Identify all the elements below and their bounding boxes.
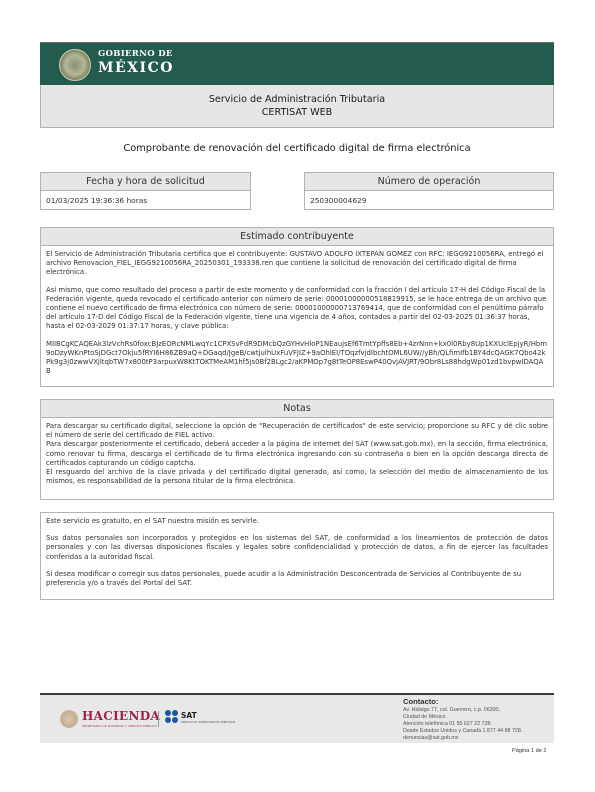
sat-logo-text: SAT <box>181 711 197 720</box>
operation-number-label: Número de operación <box>305 173 553 191</box>
privacy-free-service: Este servicio es gratuito, en el SAT nue… <box>46 517 548 526</box>
system-name: CERTISAT WEB <box>41 106 553 119</box>
gov-line1: GOBIERNO DE <box>98 49 174 60</box>
revocation-paragraph: Así mismo, que como resultado del proces… <box>46 286 548 332</box>
agency-band: Servicio de Administración Tributaria CE… <box>40 85 554 128</box>
certification-paragraph: El Servicio de Administración Tributaria… <box>46 250 548 278</box>
note-item: Para descargar posteriormente el certifi… <box>46 440 548 468</box>
logo-divider <box>158 711 159 727</box>
sat-subtitle: SERVICIO DE ADMINISTRACIÓN TRIBUTARIA <box>181 721 235 724</box>
hacienda-logo: HACIENDA <box>82 709 160 723</box>
taxpayer-body: El Servicio de Administración Tributaria… <box>41 246 553 380</box>
operation-number-value: 250300004629 <box>305 191 553 210</box>
privacy-correction: Si desea modificar o corregir sus datos … <box>46 570 548 588</box>
taxpayer-heading: Estimado contribuyente <box>41 228 553 246</box>
contact-address: Av. Hidalgo 77, col. Guerrero, c.p. 0630… <box>403 707 522 714</box>
privacy-data-protection: Sus datos personales son incorporados y … <box>46 534 548 562</box>
national-emblem-icon <box>59 49 91 81</box>
contact-email: denuncias@sat.gob.mx <box>403 735 522 742</box>
operation-number-box: Número de operación 250300004629 <box>304 172 554 210</box>
privacy-body: Este servicio es gratuito, en el SAT nue… <box>41 513 553 592</box>
document-title: Comprobante de renovación del certificad… <box>40 143 554 154</box>
notes-box: Notas Para descargar su certificado digi… <box>40 399 554 500</box>
agency-name: Servicio de Administración Tributaria <box>41 93 553 106</box>
public-key: MIIBCgKCAQEAk3lzVchRs0foxcBJzEORcNMLwqYc… <box>46 340 548 377</box>
gov-logo-text: GOBIERNO DE MÉXICO <box>98 49 174 76</box>
contact-title: Contacto: <box>403 697 522 706</box>
privacy-box: Este servicio es gratuito, en el SAT nue… <box>40 512 554 600</box>
note-item: El resguardo del archivo de la clave pri… <box>46 468 548 486</box>
contact-phone: Atención telefónica 01 55 627 22 728. <box>403 721 522 728</box>
notes-body: Para descargar su certificado digital, s… <box>41 418 553 490</box>
hacienda-emblem-icon <box>60 710 78 728</box>
contact-phone-us-canada: Desde Estados Unidos y Canadá 1 877 44 8… <box>403 728 522 735</box>
contact-city: Ciudad de México <box>403 714 522 721</box>
sat-logo-icon <box>165 710 179 724</box>
contact-block: Contacto: Av. Hidalgo 77, col. Guerrero,… <box>403 697 522 742</box>
notes-heading: Notas <box>41 400 553 418</box>
gov-banner: GOBIERNO DE MÉXICO <box>40 42 554 85</box>
request-date-value: 01/03/2025 19:36:36 horas <box>41 191 250 210</box>
taxpayer-box: Estimado contribuyente El Servicio de Ad… <box>40 227 554 387</box>
gov-line2: MÉXICO <box>98 60 174 76</box>
page-number: Página 1 de 2 <box>512 748 547 754</box>
hacienda-subtitle: SECRETARÍA DE HACIENDA Y CRÉDITO PÚBLICO <box>82 724 157 728</box>
request-date-box: Fecha y hora de solicitud 01/03/2025 19:… <box>40 172 251 210</box>
note-item: Para descargar su certificado digital, s… <box>46 422 548 440</box>
request-date-label: Fecha y hora de solicitud <box>41 173 250 191</box>
